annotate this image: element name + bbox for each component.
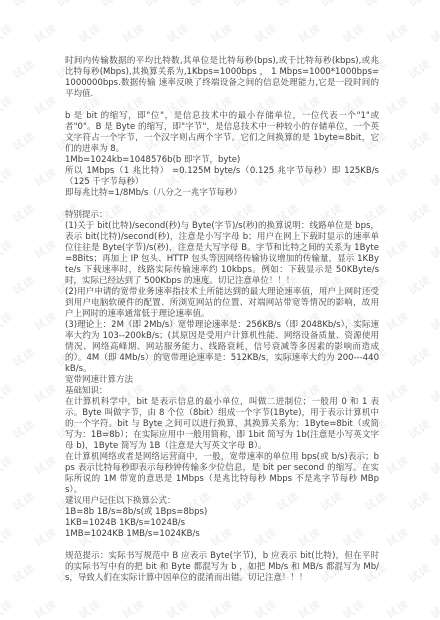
paragraph: 1KB=1024B 1KB/s=1024B/s [65,518,379,529]
watermark-text: 试读 [407,130,433,152]
watermark-text: 试读 [77,598,103,620]
watermark-text: 试读 [0,310,15,332]
watermark-text: 试读 [385,310,411,332]
watermark-text: 试读 [385,454,411,476]
watermark-text: 试读 [407,346,433,368]
paragraph: 即每兆比特=1/8Mb/s（八分之一兆字节每秒） [65,188,379,199]
watermark-text: 试读 [385,382,411,404]
watermark-text: 试读 [429,454,440,476]
watermark-text: 试读 [0,238,15,260]
watermark-text: 试读 [429,238,440,260]
watermark-text: 试读 [429,94,440,116]
watermark-text: 试读 [11,418,37,440]
watermark-text: 试读 [187,0,213,9]
paragraph: b 是 bit 的缩写，即"位"，是信息技术中的最小存储单位，一位代表一个"1"… [65,111,379,155]
watermark-text: 试读 [407,562,433,584]
watermark-text: 试读 [209,598,235,620]
watermark-text: 试读 [99,0,125,9]
watermark-text: 试读 [363,0,389,9]
watermark-text: 试读 [407,0,433,9]
watermark-text: 试读 [319,0,345,9]
watermark-text: 试读 [33,382,59,404]
watermark-text: 试读 [385,238,411,260]
paragraph: 在计算机网络或者是网络运营商中，一般，宽带速率的单位用 bps(或 b/s)表示… [65,452,379,496]
paragraph: 在计算机科学中，bit 是表示信息的最小单位，叫做二进制位；一般用 0 和 1 … [65,397,379,452]
paragraph: 时间内传输数据的平均比特数,其单位是比特每秒(bps),或千比特每秒(kbps)… [65,56,379,100]
watermark-text: 试读 [297,22,323,44]
watermark-text: 试读 [33,310,59,332]
watermark-text: 试读 [385,166,411,188]
watermark-text: 试读 [407,418,433,440]
paragraph: 1B=8b 1B/s=8b/s(或 1Bps=8bps) [65,507,379,518]
watermark-text: 试读 [0,526,15,548]
watermark-text: 试读 [429,22,440,44]
watermark-text: 试读 [11,274,37,296]
document-page: 时间内传输数据的平均比特数,其单位是比特每秒(bps),或千比特每秒(kbps)… [65,56,379,584]
watermark-text: 试读 [429,598,440,620]
watermark-text: 试读 [253,598,279,620]
watermark-text: 试读 [33,166,59,188]
watermark-text: 试读 [253,22,279,44]
watermark-text: 试读 [429,526,440,548]
paragraph: 宽带网速计算方法 [65,375,379,386]
watermark-text: 试读 [33,454,59,476]
paragraph: 建议用户记住以下换算公式： [65,496,379,507]
watermark-text: 试读 [11,346,37,368]
watermark-text: 试读 [165,598,191,620]
watermark-text: 试读 [55,0,81,9]
watermark-text: 试读 [0,94,15,116]
watermark-text: 试读 [297,598,323,620]
watermark-text: 试读 [385,22,411,44]
watermark-text: 试读 [77,22,103,44]
watermark-text: 试读 [0,454,15,476]
watermark-text: 试读 [143,0,169,9]
watermark-text: 试读 [11,130,37,152]
paragraph: 所以 1Mbps（1 兆比特） =0.125M byte/s（0.125 兆字节… [65,166,379,188]
watermark-text: 试读 [11,490,37,512]
watermark-text: 试读 [0,22,15,44]
watermark-text: 试读 [341,598,367,620]
watermark-text: 试读 [209,22,235,44]
watermark-text: 试读 [121,22,147,44]
watermark-text: 试读 [33,598,59,620]
watermark-text: 试读 [407,58,433,80]
watermark-text: 试读 [11,0,37,9]
paragraph: (3)理论上：2M（即 2Mb/s）宽带理论速率是：256KB/s（即 2048… [65,320,379,375]
watermark-text: 试读 [11,202,37,224]
paragraph: 1Mb=1024kb=1048576b(b 即字节，byte) [65,155,379,166]
watermark-text: 试读 [0,598,15,620]
watermark-text: 试读 [231,0,257,9]
watermark-text: 试读 [429,310,440,332]
watermark-text: 试读 [165,22,191,44]
watermark-text: 试读 [33,238,59,260]
watermark-text: 试读 [11,562,37,584]
watermark-text: 试读 [33,94,59,116]
paragraph: (2)用户申请的宽带业务速率指技术上所能达到的最大理论速率值，用户上网时还受到用… [65,287,379,320]
watermark-text: 试读 [385,526,411,548]
watermark-text: 试读 [33,22,59,44]
watermark-text: 试读 [407,202,433,224]
paragraph: (1)关于 bit(比特)/second(秒)与 Byte(字节)/s(秒)的换… [65,221,379,287]
paragraph: 特别提示： [65,210,379,221]
watermark-text: 试读 [0,166,15,188]
paragraph: 规范提示：实际书写规范中 B 应表示 Byte(字节)，b 应表示 bit(比特… [65,551,379,584]
watermark-text: 试读 [121,598,147,620]
watermark-text: 试读 [33,526,59,548]
paragraph: 1MB=1024KB 1MB/s=1024KB/s [65,529,379,540]
watermark-text: 试读 [385,598,411,620]
watermark-text: 试读 [11,58,37,80]
watermark-text: 试读 [341,22,367,44]
watermark-text: 试读 [407,274,433,296]
watermark-text: 试读 [385,94,411,116]
paragraph: 基础知识： [65,386,379,397]
watermark-text: 试读 [407,490,433,512]
watermark-text: 试读 [275,0,301,9]
watermark-text: 试读 [429,166,440,188]
watermark-text: 试读 [0,382,15,404]
watermark-text: 试读 [429,382,440,404]
